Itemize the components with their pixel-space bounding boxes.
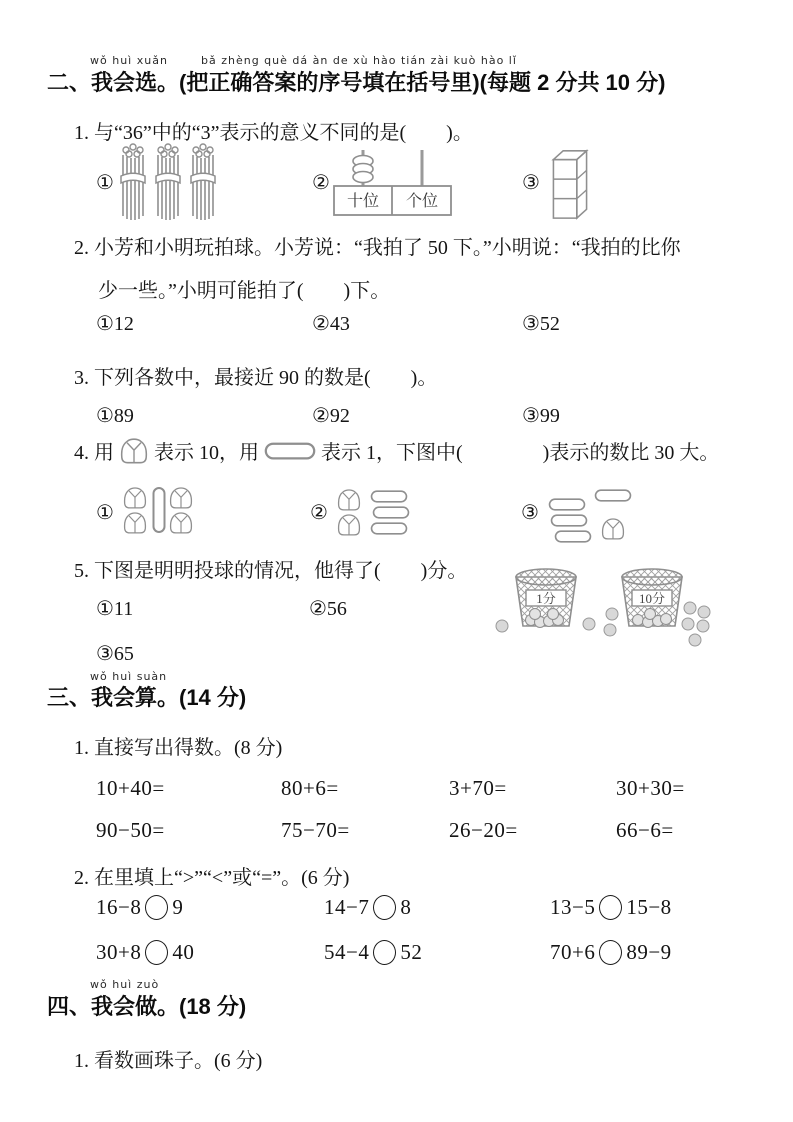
place-value-abacus-image: 十位 个位 [332,146,454,218]
calc-expression: 10+40= [96,776,165,801]
comparison-item: 13−515−8 [550,895,672,920]
q4-group-3-image [544,486,638,544]
cmp-right: 8 [400,895,411,920]
answer-circle [145,895,168,920]
ten-stone-icon [119,438,149,464]
comparison-item: 30+840 [96,940,194,965]
calc-expression: 66−6= [616,818,674,843]
q4-mark-1: ① [96,500,114,525]
cmp-left: 30+8 [96,940,141,965]
section-calc-title: 三、我会算。(14 分) [47,681,246,712]
answer-circle [373,940,396,965]
one-oval-icon [264,442,316,460]
calc-expression: 30+30= [616,776,685,801]
section-choose-title: 二、我会选。(把正确答案的序号填在括号里)(每题 2 分共 10 分) [47,66,665,97]
question-3-text: 3. 下列各数中，最接近 90 的数是( )。 [74,361,437,390]
cmp-left: 54−4 [324,940,369,965]
calc-expression: 3+70= [449,776,507,801]
option-mark-2: ② [312,170,330,195]
question-5-text: 5. 下图是明明投球的情况，他得了( )分。 [74,554,467,583]
answer-circle [599,940,622,965]
question-4-text: 4. 用 表示 10，用 表示 1，下图中( )表示的数比 30 大。 [74,436,719,465]
score-buckets-image: 1分 10分 [492,562,717,664]
bucket-10-score-label: 10分 [639,591,665,606]
question-2-line1: 2. 小芳和小明玩拍球。小芳说：“我拍了 50 下。”小明说：“我拍的比你 [74,231,681,260]
cmp-left: 70+6 [550,940,595,965]
answer-circle [373,895,396,920]
comparison-item: 70+689−9 [550,940,672,965]
q4-group-1-image [120,485,198,537]
answer-circle [145,940,168,965]
abacus-ones-label: 个位 [406,192,438,210]
q3-option-1: ①89 [96,403,134,428]
calc-expression: 90−50= [96,818,165,843]
option-mark-3: ③ [522,170,540,195]
calc-expression: 80+6= [281,776,339,801]
comparison-item: 16−89 [96,895,183,920]
calc-q1-title: 1. 直接写出得数。(8 分) [74,731,282,760]
section-do-title: 四、我会做。(18 分) [47,990,246,1021]
worksheet-page: wǒ huì xuǎn bǎ zhèng què dá àn de xù hào… [0,0,793,1122]
option-mark-1: ① [96,170,114,195]
answer-circle [599,895,622,920]
calc-q2-title: 2. 在里填上“>”“<”或“=”。(6 分) [74,861,349,890]
calc-expression: 26−20= [449,818,518,843]
q4-mark-3: ③ [521,500,539,525]
q4-text-part2: 表示 10，用 [154,436,259,465]
q4-mark-2: ② [310,500,328,525]
q5-option-3: ③65 [96,641,134,666]
cmp-left: 13−5 [550,895,595,920]
cmp-right: 9 [172,895,183,920]
stacked-cubes-image [548,144,592,222]
question-1-text: 1. 与“36”中的“3”表示的意义不同的是( )。 [74,116,473,145]
bucket-1-score-label: 1分 [536,591,556,606]
do-q1-title: 1. 看数画珠子。(6 分) [74,1044,262,1073]
cmp-right: 52 [400,940,422,965]
q2-option-2: ②43 [312,311,350,336]
cmp-right: 40 [172,940,194,965]
q2-option-3: ③52 [522,311,560,336]
q4-text-part3: 表示 1，下图中( )表示的数比 30 大。 [321,436,719,465]
cmp-left: 16−8 [96,895,141,920]
cmp-right: 15−8 [626,895,671,920]
q3-option-3: ③99 [522,403,560,428]
calc-expression: 75−70= [281,818,350,843]
comparison-item: 14−78 [324,895,411,920]
cmp-left: 14−7 [324,895,369,920]
abacus-tens-label: 十位 [347,192,379,210]
q3-option-2: ②92 [312,403,350,428]
stick-bundles-image [118,142,220,224]
q4-text-part1: 4. 用 [74,436,114,465]
cmp-right: 89−9 [626,940,671,965]
q5-option-1: ①11 [96,596,133,621]
question-2-line2: 少一些。”小明可能拍了( )下。 [98,274,390,303]
q4-group-2-image [334,487,414,539]
q2-option-1: ①12 [96,311,134,336]
q5-option-2: ②56 [309,596,347,621]
comparison-item: 54−452 [324,940,422,965]
